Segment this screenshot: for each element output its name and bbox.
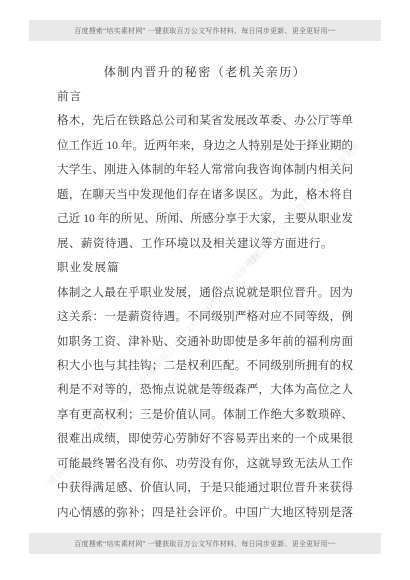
paragraph-line: 如职务工资、津补贴、交通补助即使是多年前的福利房面: [57, 330, 353, 354]
paragraph-line: 可能最终署名没有你、功劳没有你，这就导致无法从工作: [57, 452, 353, 476]
doc-title: 体制内晋升的秘密（老机关亲历）: [57, 60, 353, 84]
paragraph-line: 这关系：一是薪资待遇。不同级别严格对应不同等级，例: [57, 305, 353, 329]
paragraph-line: 中获得满足感、价值认同，于是只能通过职位晋升来获得: [57, 476, 353, 500]
paragraph-line: 己近 10 年的所见、所闻、所感分享于大家，主要从职业发: [57, 207, 353, 231]
paragraph-line: 利是不对等的，恐怖点说就是等级森严，大体为高位之人: [57, 378, 353, 402]
section-heading-career: 职业发展篇: [57, 256, 353, 280]
header-note-bar: 百度搜索“培实素材网” 一键获取百万公文写作材料、每日同步更新、更全更好用~~: [29, 20, 381, 41]
paragraph-line: 积大小也与其挂钩；二是权利匹配。不同级别所拥有的权: [57, 354, 353, 378]
paragraph-line: 位工作近 10 年。近两年来，身边之人特别是处于择业期的: [57, 134, 353, 158]
header-note-text: 百度搜索“培实素材网” 一键获取百万公文写作材料、每日同步更新、更全更好用~~: [74, 26, 335, 36]
body-text-column: 前言 格木，先后在铁路总公司和某省发展改革委、办公厅等单 位工作近 10 年。近…: [57, 85, 353, 525]
paragraph-line: 很难出成绩，即使劳心劳肺好不容易弄出来的一个成果很: [57, 427, 353, 451]
footer-note-text: 百度搜索“培实素材网” 一键获取百万公文写作材料、每日同步更新、更全更好用~~: [74, 539, 335, 549]
paragraph-line: 大学生、刚进入体制的年轻人常常向我咨询体制内相关问: [57, 158, 353, 182]
paragraph-line: 享有更高权利；三是价值认同。体制工作绝大多数琐碎、: [57, 403, 353, 427]
section-heading-preface: 前言: [57, 85, 353, 109]
footer-note-bar: 百度搜索“培实素材网” 一键获取百万公文写作材料、每日同步更新、更全更好用~~: [29, 533, 381, 554]
paragraph-line: 内心情感的弥补；四是社会评价。中国广大地区特别是落: [57, 501, 353, 525]
paragraph-line: 题，在聊天当中发现他们存在诸多误区。为此，格木将自: [57, 183, 353, 207]
paragraph-line: 展、薪资待遇、工作环境以及相关建议等方面进行。: [57, 232, 353, 256]
paragraph-line: 格木，先后在铁路总公司和某省发展改革委、办公厅等单: [57, 109, 353, 133]
paragraph-line: 体制之人最在乎职业发展，通俗点说就是职位晋升。因为: [57, 281, 353, 305]
document-page: 百度搜索“培实素材网” 一键获取百万公文写作材料、每日同步更新、更全更好用~~ …: [0, 0, 410, 580]
